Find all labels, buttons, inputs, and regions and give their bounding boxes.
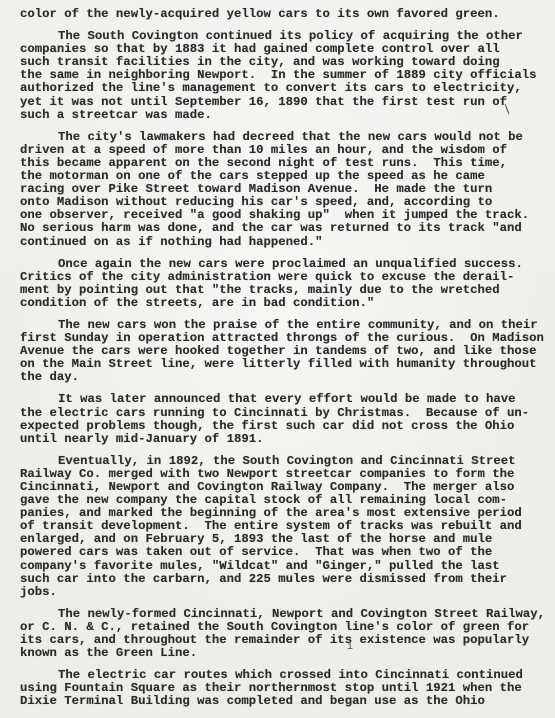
stray-pen-mark: ı [347,642,353,653]
document-text: color of the newly-acquired yellow cars … [20,8,551,718]
paragraph: color of the newly-acquired yellow cars … [20,8,551,21]
paragraph: The newly-formed Cincinnati, Newport and… [20,608,551,660]
paragraph: The city's lawmakers had decreed that th… [20,131,551,249]
paragraph: The South Covington continued its policy… [20,30,551,122]
paragraph: Eventually, in 1892, the South Covington… [20,455,551,599]
paragraph: Once again the new cars were proclaimed … [20,258,551,310]
paragraph: It was later announced that every effort… [20,393,551,445]
paragraph: The new cars won the praise of the entir… [20,319,551,384]
scanned-document-page: color of the newly-acquired yellow cars … [0,0,555,718]
paragraph: The electric car routes which crossed in… [20,669,551,708]
